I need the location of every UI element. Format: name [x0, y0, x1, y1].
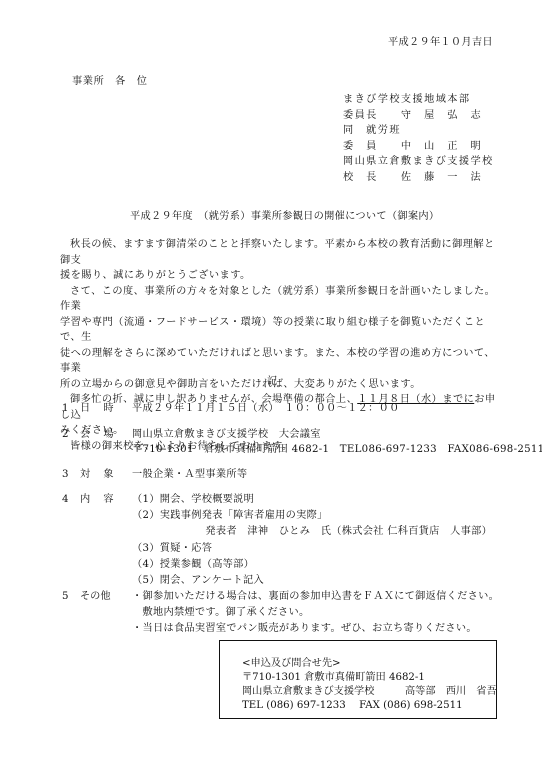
body-line: 所の立場からの御意見や御助言をいただければ、大変ありがたく思います。: [60, 377, 496, 393]
contact-heading: <申込及び問合せ先>: [242, 657, 341, 670]
item-other: 5その他: [62, 590, 136, 604]
sender-line: 委員長 守 屋 弘 志: [343, 108, 494, 124]
body-line: 徒への理解をさらに深めていただければと思います。また、本校の学習の進め方について…: [60, 346, 496, 377]
content-subitem: （5）閉会、アンケート記入: [132, 574, 264, 588]
item-datetime: 1日 時 平成２９年１１月１５日（水） １０：００～１２：００: [62, 402, 136, 416]
item-venue: 2会 場 岡山県立倉敷まきび支援学校 大会議室 〒710-1301 倉敷市真備町…: [62, 428, 136, 442]
body-line: 秋長の候、ますます御清栄のことと拝察いたします。平素から本校の教育活動に御理解と…: [60, 237, 496, 268]
content-subitem: （4）授業参観（高等部）: [132, 558, 254, 572]
contact-school: 岡山県立倉敷まきび支援学校 高等部 西川 省吾: [242, 685, 497, 698]
sender-block: まきび学校支援地域本部 委員長 守 屋 弘 志 同 就労班 委 員 中 山 正 …: [343, 92, 494, 186]
item-value-address: 〒710-1301 倉敷市真備町箭田 4682-1 TEL086-697-123…: [132, 443, 542, 457]
body-line: 援を賜り、誠にありがとうございます。: [60, 268, 496, 284]
contact-box: <申込及び問合せ先> 〒710-1301 倉敷市真備町箭田 4682-1 岡山県…: [219, 640, 497, 719]
sender-line: 委 員 中 山 正 明: [343, 139, 494, 155]
other-note: ・当日は食品実習室でパン販売があります。ぜひ、お立ち寄りください。: [132, 622, 477, 636]
other-note: ・御参加いただける場合は、裏面の参加申込書をＦＡＸにて御返信ください。: [132, 590, 499, 604]
item-label: その他: [80, 590, 136, 604]
item-number: 5: [62, 590, 80, 604]
addressee: 事業所 各 位: [72, 75, 148, 89]
issue-date: 平成２９年１０月吉日: [388, 36, 493, 50]
content-subitem: （1）開会、学校概要説明: [132, 493, 254, 507]
sender-line: 同 就労班: [343, 123, 494, 139]
item-label: 会 場: [80, 428, 136, 442]
item-target: 3対 象 一般企業・Ａ型事業所等: [62, 468, 136, 482]
content-subitem-presenter: 発表者 津神 ひとみ 氏（株式会社 仁科百貨店 人事部）: [132, 525, 492, 539]
item-label: 対 象: [80, 468, 136, 482]
sender-line: まきび学校支援地域本部: [343, 92, 494, 108]
body-line: 学習や専門（流通・フードサービス・環境）等の授業に取り組む様子を御覧いただくこと…: [60, 315, 496, 346]
content-subitem: （3）質疑・応答: [132, 542, 212, 556]
sender-line: 校 長 佐 藤 一 法: [343, 170, 494, 186]
item-value: 岡山県立倉敷まきび支援学校 大会議室: [132, 428, 321, 442]
contact-phone: TEL (086) 697-1233 FAX (086) 698-2511: [242, 699, 463, 712]
item-value: 一般企業・Ａ型事業所等: [132, 468, 247, 482]
item-number: 1: [62, 402, 80, 416]
contact-address: 〒710-1301 倉敷市真備町箭田 4682-1: [242, 671, 425, 684]
item-label: 内 容: [80, 493, 136, 507]
sender-line: 岡山県立倉敷まきび支援学校: [343, 154, 494, 170]
item-content: 4内 容: [62, 493, 136, 507]
item-number: 3: [62, 468, 80, 482]
item-number: 2: [62, 428, 80, 442]
other-note: 敷地内禁煙です。御了承ください。: [132, 606, 309, 620]
item-number: 4: [62, 493, 80, 507]
ki-heading: 記: [267, 375, 277, 389]
item-label: 日 時: [80, 402, 136, 416]
content-subitem: （2）実践事例発表「障害者雇用の実際」: [132, 509, 328, 523]
body-line: さて、この度、事業所の方々を対象とした（就労系）事業所参観日を計画いたしました。…: [60, 284, 496, 315]
letter-body: 秋長の候、ますます御清栄のことと拝察いたします。平素から本校の教育活動に御理解と…: [60, 237, 496, 454]
document-title: 平成２９年度 （就労系）事業所参観日の開催について（御案内）: [130, 210, 439, 224]
item-value: 平成２９年１１月１５日（水） １０：００～１２：００: [132, 402, 400, 416]
